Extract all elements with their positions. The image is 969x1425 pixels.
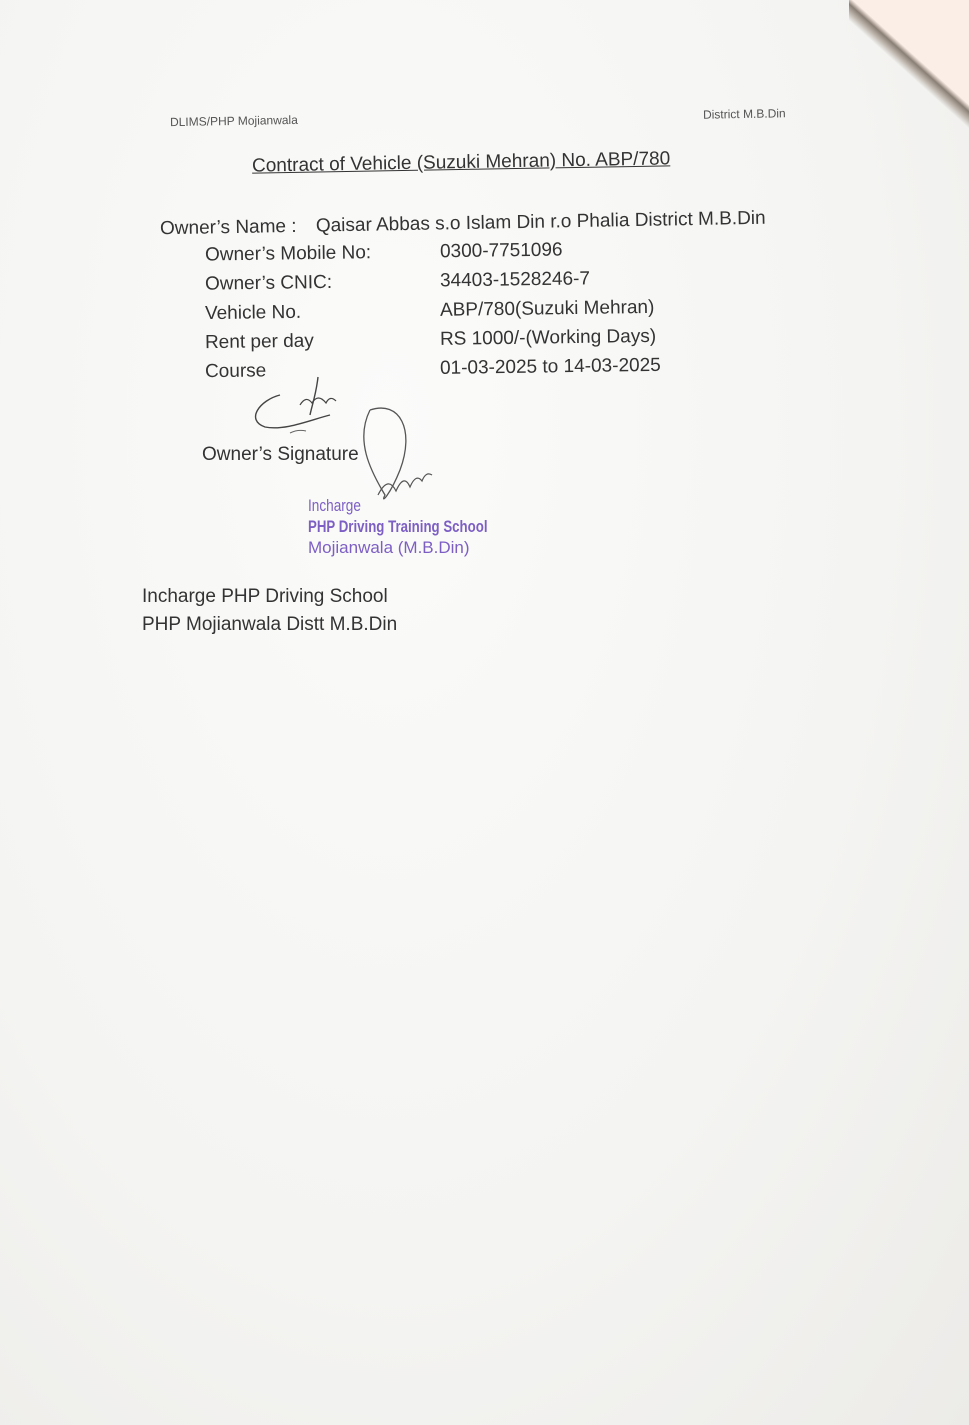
official-stamp: Incharge PHP Driving Training School Moj… [308, 495, 538, 558]
field-label: Owner’s Mobile No: [205, 241, 440, 266]
page-corner [849, 0, 969, 130]
field-value: 01-03-2025 to 14-03-2025 [440, 355, 661, 380]
owner-name-label: Owner’s Name : [160, 216, 297, 239]
stamp-line-2: PHP Driving Training School [308, 516, 488, 537]
field-value: RS 1000/-(Working Days) [440, 326, 656, 351]
field-value: 0300-7751096 [440, 240, 563, 264]
footer-line-1: Incharge PHP Driving School [142, 586, 388, 608]
stamp-line-3: Mojianwala (M.B.Din) [308, 537, 538, 558]
field-label: Vehicle No. [205, 300, 440, 325]
header-right: District M.B.Din [703, 106, 786, 121]
footer-line-2: PHP Mojianwala Distt M.B.Din [142, 614, 397, 636]
field-value: 34403-1528246-7 [440, 268, 590, 292]
field-value: ABP/780(Suzuki Mehran) [440, 297, 655, 322]
header-left: DLIMS/PHP Mojianwala [170, 113, 298, 129]
signature-label: Owner’s Signature [202, 444, 359, 466]
field-label: Owner’s CNIC: [205, 270, 440, 295]
field-label: Rent per day [205, 329, 440, 354]
stamp-line-1: Incharge [308, 495, 492, 516]
